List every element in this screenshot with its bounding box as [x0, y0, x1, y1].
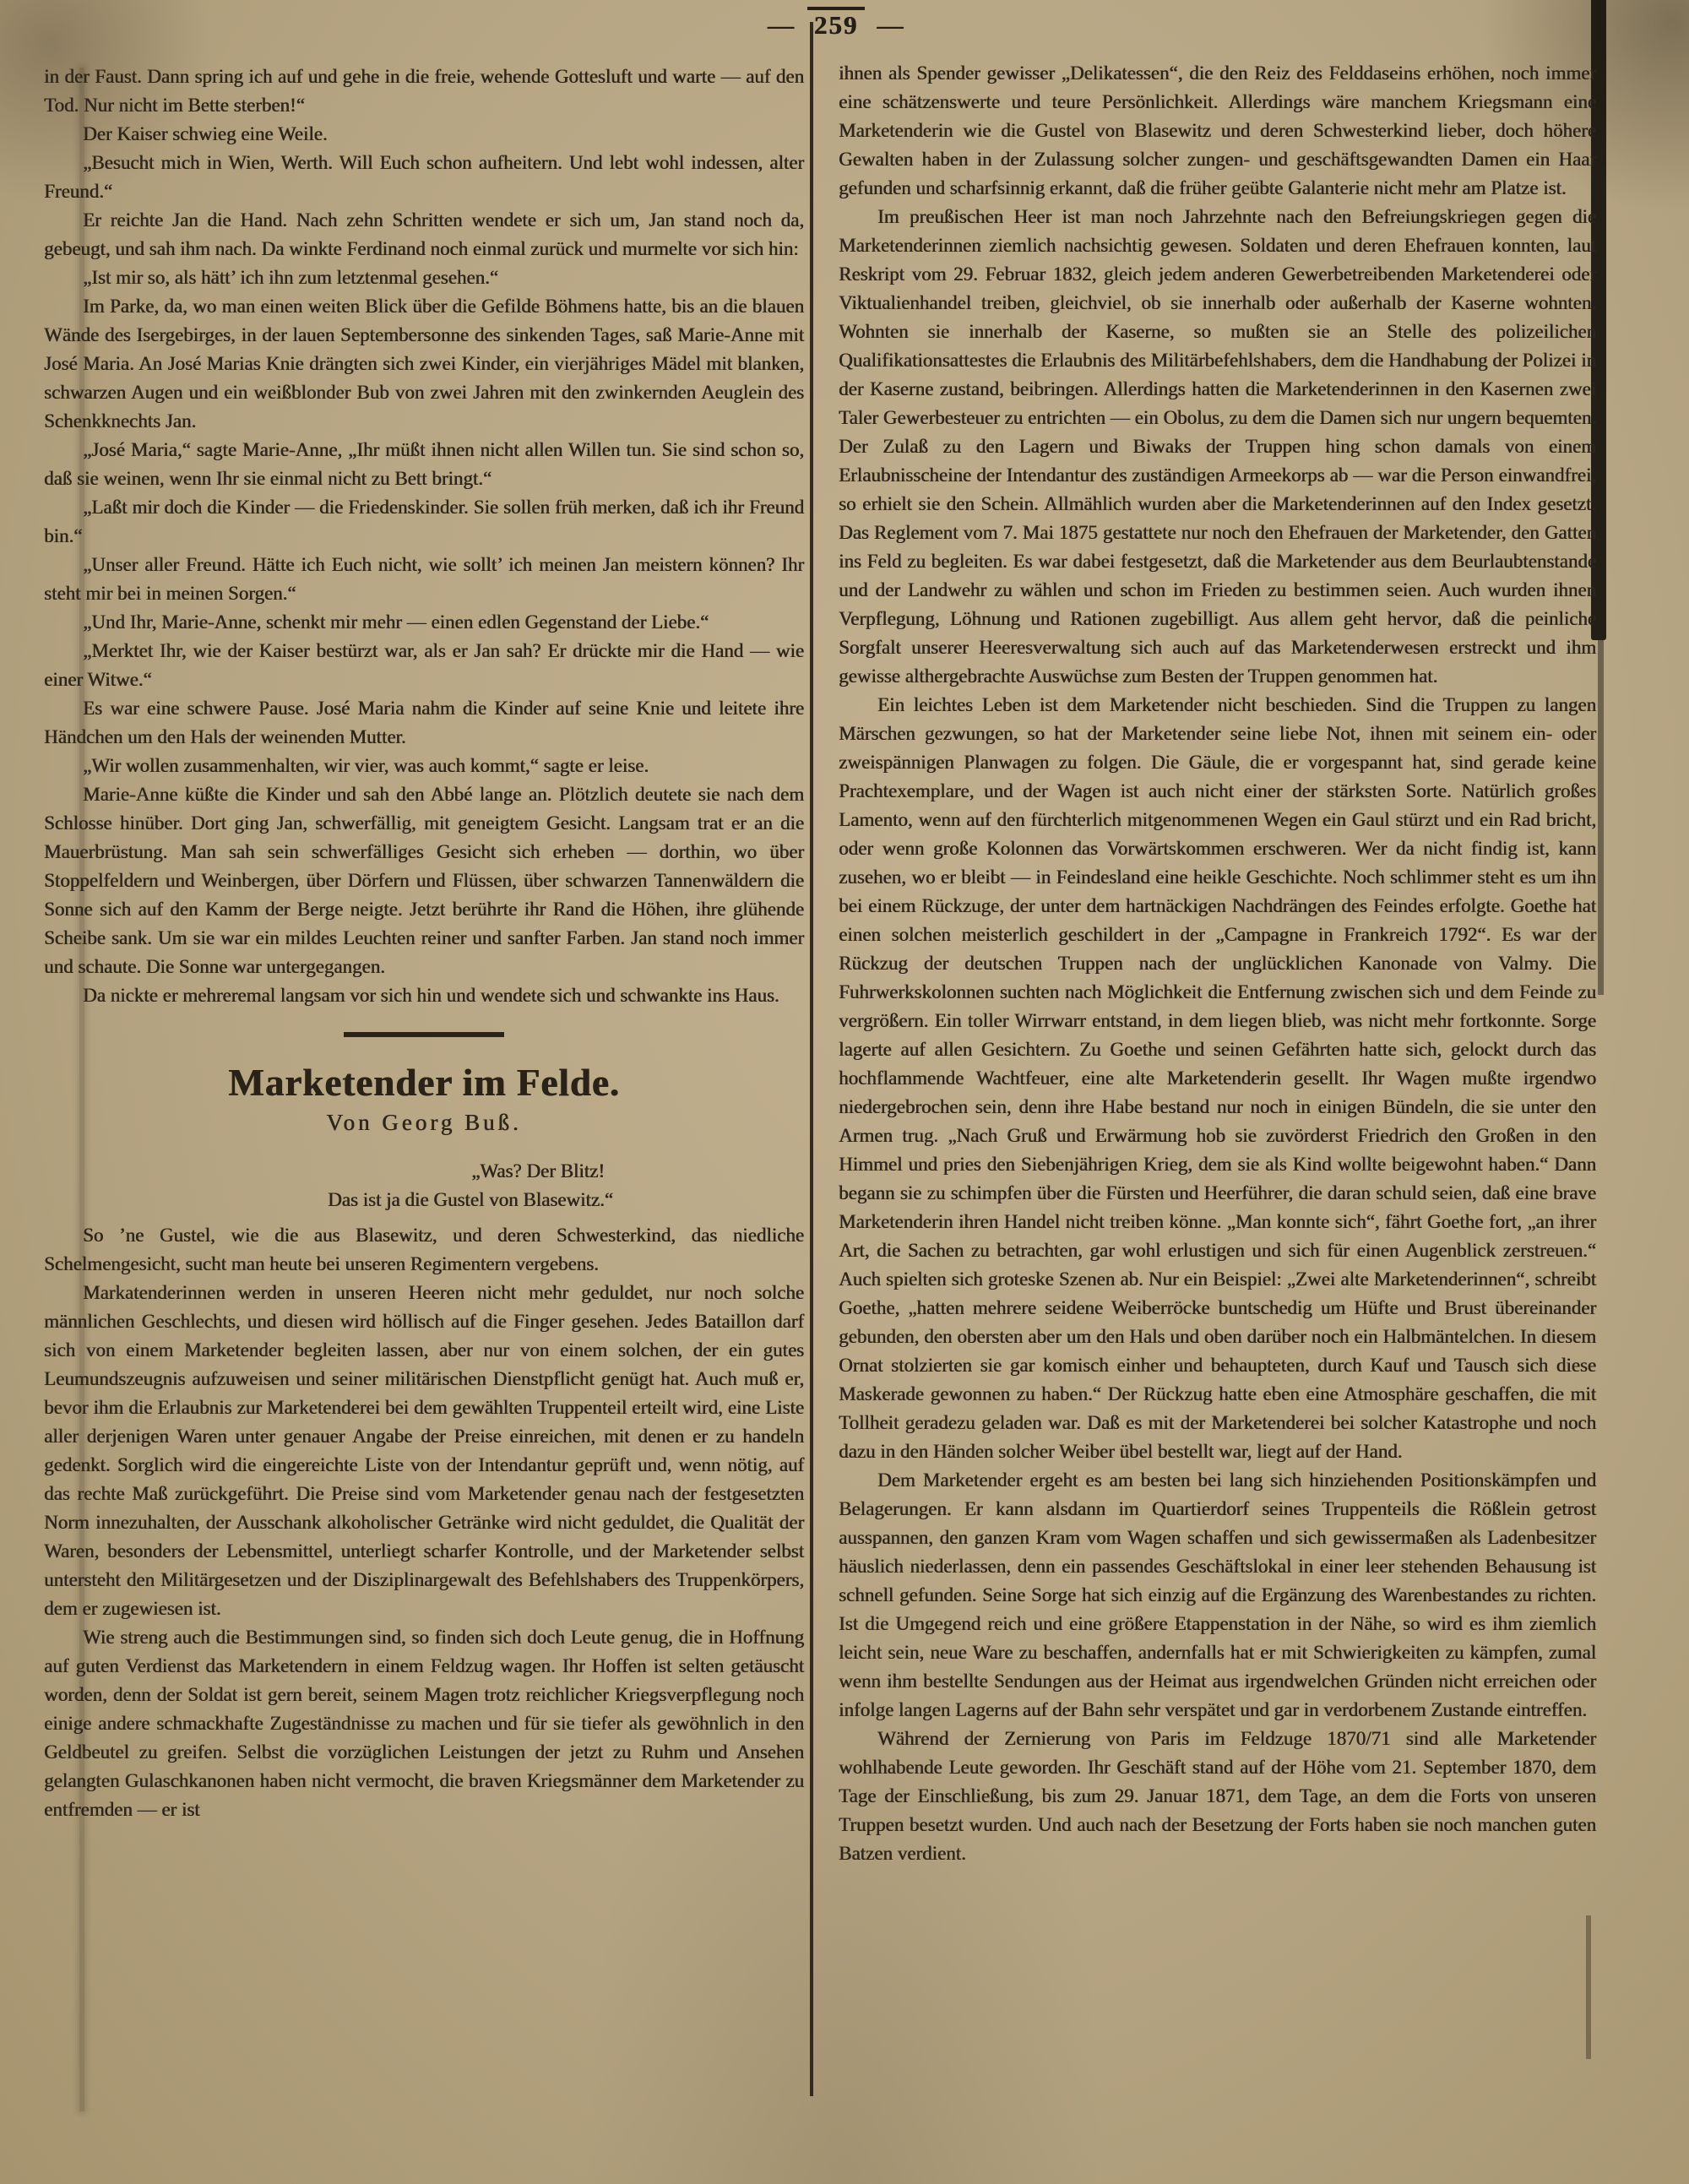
story-paragraph: „José Maria,“ sagte Marie-Anne, „Ihr müß…: [44, 436, 804, 493]
column-divider-rule: [810, 22, 813, 2096]
header-dash-left: —: [756, 10, 807, 40]
article-paragraph: So ’ne Gustel, wie die aus Blasewitz, un…: [44, 1221, 804, 1279]
story-paragraph: „Wir wollen zusammenhalten, wir vier, wa…: [44, 752, 804, 780]
epigraph-line-1: „Was? Der Blitz!: [158, 1157, 918, 1186]
article-paragraph: Im preußischen Heer ist man noch Jahrzeh…: [839, 203, 1596, 691]
story-paragraph: „Unser aller Freund. Hätte ich Euch nich…: [44, 551, 804, 608]
story-paragraph: Es war eine schwere Pause. José Maria na…: [44, 694, 804, 752]
story-paragraph: „Laßt mir doch die Kinder — die Friedens…: [44, 493, 804, 551]
story-end-text: in der Faust. Dann spring ich auf und ge…: [44, 62, 804, 1010]
article-paragraph: Dem Marketender ergeht es am besten bei …: [839, 1466, 1596, 1725]
section-divider-rule: [344, 1032, 504, 1037]
article-paragraph: Ein leichtes Leben ist dem Marketender n…: [839, 691, 1596, 1466]
story-paragraph: Er reichte Jan die Hand. Nach zehn Schri…: [44, 206, 804, 263]
article-text-left: So ’ne Gustel, wie die aus Blasewitz, un…: [44, 1221, 804, 1824]
story-paragraph: „Merktet Ihr, wie der Kaiser bestürzt wa…: [44, 637, 804, 694]
scan-edge-artifact-mid: [1598, 640, 1604, 995]
article-paragraph: Markatenderinnen werden in unseren Heere…: [44, 1279, 804, 1623]
article-paragraph: Während der Zernierung von Paris im Feld…: [839, 1725, 1596, 1868]
article-title: Marketender im Felde.: [44, 1061, 804, 1105]
epigraph-line-2: Das ist ja die Gustel von Blasewitz.“: [90, 1186, 850, 1214]
article-epigraph: „Was? Der Blitz! Das ist ja die Gustel v…: [44, 1157, 804, 1214]
scan-edge-artifact-bottom: [1586, 1915, 1591, 2059]
story-paragraph: Im Parke, da, wo man einen weiten Blick …: [44, 292, 804, 436]
left-column: in der Faust. Dann spring ich auf und ge…: [44, 62, 804, 1824]
story-paragraph: Der Kaiser schwieg eine Weile.: [44, 120, 804, 149]
right-column: ihnen als Spender gewisser „Delikatessen…: [839, 59, 1596, 1868]
story-paragraph: Da nickte er mehreremal langsam vor sich…: [44, 981, 804, 1010]
article-paragraph: ihnen als Spender gewisser „Delikatessen…: [839, 59, 1596, 203]
scanned-book-page: —259— in der Faust. Dann spring ich auf …: [0, 0, 1689, 2184]
story-paragraph: in der Faust. Dann spring ich auf und ge…: [44, 62, 804, 120]
story-paragraph: Marie-Anne küßte die Kinder und sah den …: [44, 780, 804, 981]
story-paragraph: „Ist mir so, als hätt’ ich ihn zum letzt…: [44, 263, 804, 292]
article-byline: Von Georg Buß.: [44, 1108, 804, 1137]
page-number: 259: [807, 7, 866, 41]
article-paragraph: Wie streng auch die Bestimmungen sind, s…: [44, 1623, 804, 1824]
story-paragraph: „Und Ihr, Marie-Anne, schenkt mir mehr —…: [44, 608, 804, 637]
header-dash-right: —: [865, 10, 916, 40]
story-paragraph: „Besucht mich in Wien, Werth. Will Euch …: [44, 149, 804, 206]
page-header: —259—: [726, 7, 946, 41]
article-text-right: ihnen als Spender gewisser „Delikatessen…: [839, 59, 1596, 1868]
